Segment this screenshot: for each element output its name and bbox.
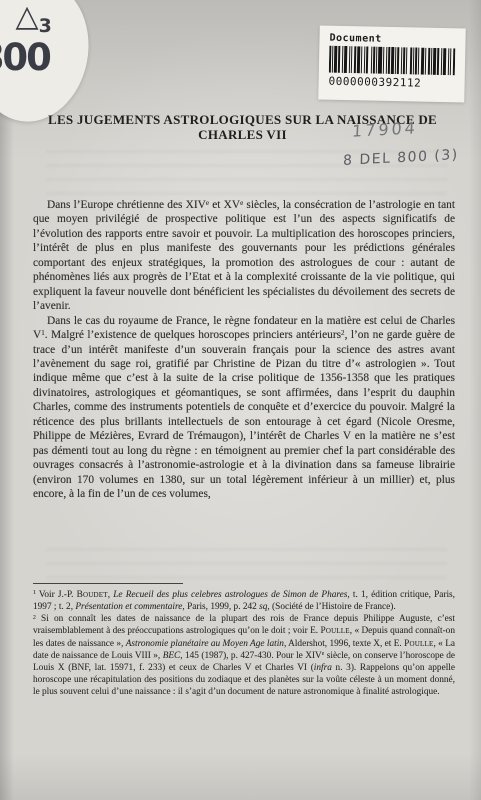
barcode-number: 0000000392112 [328, 75, 454, 91]
footnotes-block: 1 Voir J.-P. Boudet, Le Recueil des plus… [33, 589, 455, 698]
article-body: Dans l’Europe chrétienne des XIVe et XVe… [33, 198, 455, 502]
triangle-subscript: 3 [39, 15, 52, 37]
article-title: LES JUGEMENTS ASTROLOGIQUES SUR LA NAISS… [30, 113, 455, 142]
article-title-line2: CHARLES VII [30, 128, 455, 143]
footnote-1: 1 Voir J.-P. Boudet, Le Recueil des plus… [33, 589, 455, 613]
barcode-label: Document 0000000392112 [318, 25, 466, 102]
body-paragraph-2: Dans le cas du royaume de France, le règ… [33, 314, 455, 502]
scanned-document-page: △3 800 Document 0000000392112 LES JUGEME… [0, 0, 481, 800]
sticker-shelf-number: 800 [0, 39, 50, 76]
barcode-icon [329, 46, 456, 76]
ink-bleedthrough [46, 548, 447, 582]
article-title-line1: LES JUGEMENTS ASTROLOGIQUES SUR LA NAISS… [30, 113, 455, 128]
triangle-icon: △ [16, 0, 39, 34]
barcode-label-title: Document [329, 33, 455, 47]
body-paragraph-1: Dans l’Europe chrétienne des XIVe et XVe… [33, 198, 455, 314]
handwritten-shelfmark: 8 DEL 800 (3) [343, 147, 459, 169]
footnote-2: 2 Si on connaît les dates de naissance d… [33, 613, 455, 698]
ink-bleedthrough [46, 150, 447, 196]
triangle-stamp: △3 [16, 2, 52, 37]
footnote-separator-rule [33, 583, 183, 584]
